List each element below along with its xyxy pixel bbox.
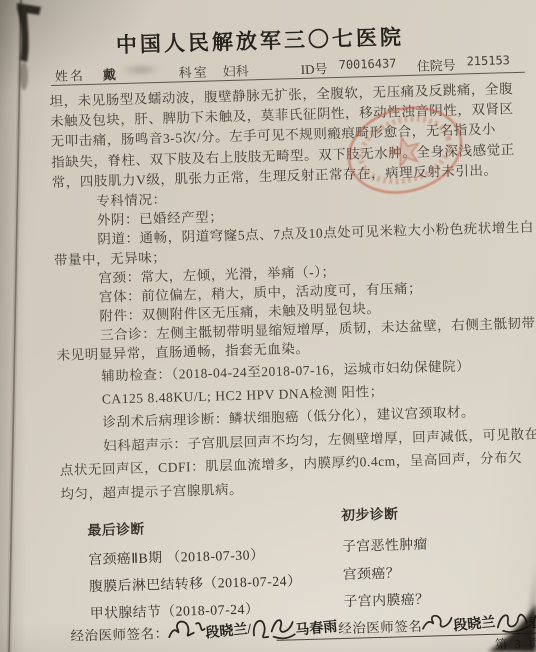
document-page: 中国人民解放军三〇七医院 姓名 戴 科室 妇科 ID号 70016437 住院号… — [0, 0, 536, 652]
signature-label: 经治医师签名 — [338, 615, 423, 637]
page-number: 第 3 页 — [495, 633, 536, 652]
signature-label: 经治医师签名： — [70, 622, 169, 645]
diagnosis-item: 宫颈癌？ — [342, 558, 429, 588]
handwritten-scribble — [166, 615, 207, 644]
admission-number-value: 215153 — [466, 53, 510, 68]
department-value: 妇科 — [222, 60, 249, 80]
handwritten-scribble — [494, 606, 531, 635]
scanned-medical-record: 中国人民解放军三〇七医院 姓名 戴 科室 妇科 ID号 70016437 住院号… — [0, 0, 536, 652]
signature-name: 春雨 — [528, 610, 536, 633]
id-label: ID号 — [300, 58, 327, 78]
initial-diagnosis-block: 初步诊断 子宫恶性肿瘤 宫颈癌？ 子宫内膜癌？ — [341, 502, 430, 616]
handwritten-scribble — [420, 609, 455, 636]
final-diagnosis-title: 最后诊断 — [87, 513, 300, 539]
exam-record-text: 坦，未见肠型及蠕动波，腹壁静脉无扩张，全腹软，无压痛及反跳痛，全腹 未触及包块，… — [49, 79, 536, 506]
diagnosis-item: 子宫恶性肿瘤 — [342, 531, 429, 561]
final-diagnosis-block: 最后诊断 宫颈癌ⅡB期 （2018-07-30） 腹膜后淋巴结转移（2018-0… — [87, 513, 302, 627]
name-label: 姓名 — [55, 65, 86, 85]
signature-name: 段晓兰 — [452, 611, 496, 635]
signature-name: 马春雨 — [294, 616, 338, 640]
redacted-name-blur — [121, 63, 161, 77]
department-label: 科室 — [178, 62, 209, 82]
name-value: 戴 — [103, 64, 117, 83]
admission-number-label: 住院号 — [416, 55, 456, 75]
signature-name: 段晓兰/ — [205, 618, 253, 642]
id-value: 70016437 — [338, 56, 396, 72]
handwritten-scribble — [250, 611, 297, 642]
initial-diagnosis-title: 初步诊断 — [341, 502, 427, 524]
